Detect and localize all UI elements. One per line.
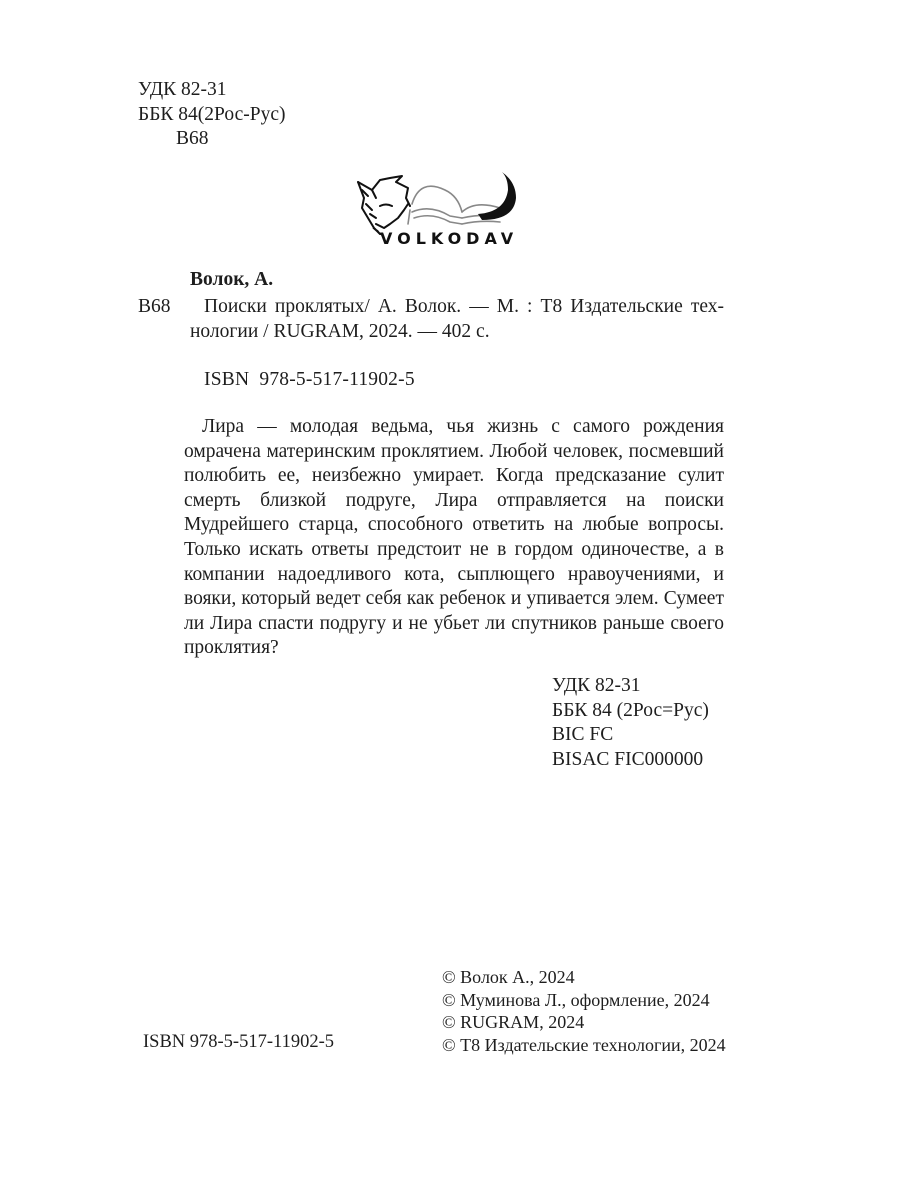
top-classification: УДК 82-31 ББК 84(2Рос-Рус) В68 bbox=[138, 78, 286, 152]
record-line-1: Поиски проклятых/ А. Волок. — М. : Т8 Из… bbox=[190, 295, 724, 320]
bbk-code: ББК 84(2Рос-Рус) bbox=[138, 103, 286, 128]
annotation-text: Лира — молодая ведьма, чья жизнь с самог… bbox=[184, 415, 724, 661]
copyright-line: © Волок А., 2024 bbox=[442, 966, 726, 989]
record-line-2: нологии / RUGRAM, 2024. — 402 с. bbox=[190, 320, 724, 345]
bottom-classification: УДК 82-31 ББК 84 (2Рос=Рус) BIC FC BISAC… bbox=[552, 674, 709, 772]
bibliographic-description: Поиски проклятых/ А. Волок. — М. : Т8 Из… bbox=[190, 295, 724, 344]
author-name: Волок, А. bbox=[190, 268, 273, 292]
copyright-line: © RUGRAM, 2024 bbox=[442, 1011, 726, 1034]
bisac-code: BISAC FIC000000 bbox=[552, 748, 709, 773]
isbn-record: ISBN 978-5-517-11902-5 bbox=[204, 368, 415, 392]
bic-code: BIC FC bbox=[552, 723, 709, 748]
record-cutter-code: В68 bbox=[138, 295, 171, 319]
annotation: Лира — молодая ведьма, чья жизнь с самог… bbox=[184, 415, 724, 661]
udk-code: УДК 82-31 bbox=[138, 78, 286, 103]
publisher-logo: VOLKODAV bbox=[350, 168, 530, 248]
copyright-block: © Волок А., 2024 © Муминова Л., оформлен… bbox=[442, 966, 726, 1056]
copyright-line: © Т8 Издательские технологии, 2024 bbox=[442, 1034, 726, 1057]
wolf-book-logo-icon: VOLKODAV bbox=[350, 168, 530, 248]
bbk-code-bottom: ББК 84 (2Рос=Рус) bbox=[552, 699, 709, 724]
isbn-bottom: ISBN 978-5-517-11902-5 bbox=[143, 1032, 334, 1053]
udk-code-bottom: УДК 82-31 bbox=[552, 674, 709, 699]
logo-text: VOLKODAV bbox=[380, 229, 518, 248]
cutter-code: В68 bbox=[138, 127, 286, 152]
copyright-line: © Муминова Л., оформление, 2024 bbox=[442, 989, 726, 1012]
